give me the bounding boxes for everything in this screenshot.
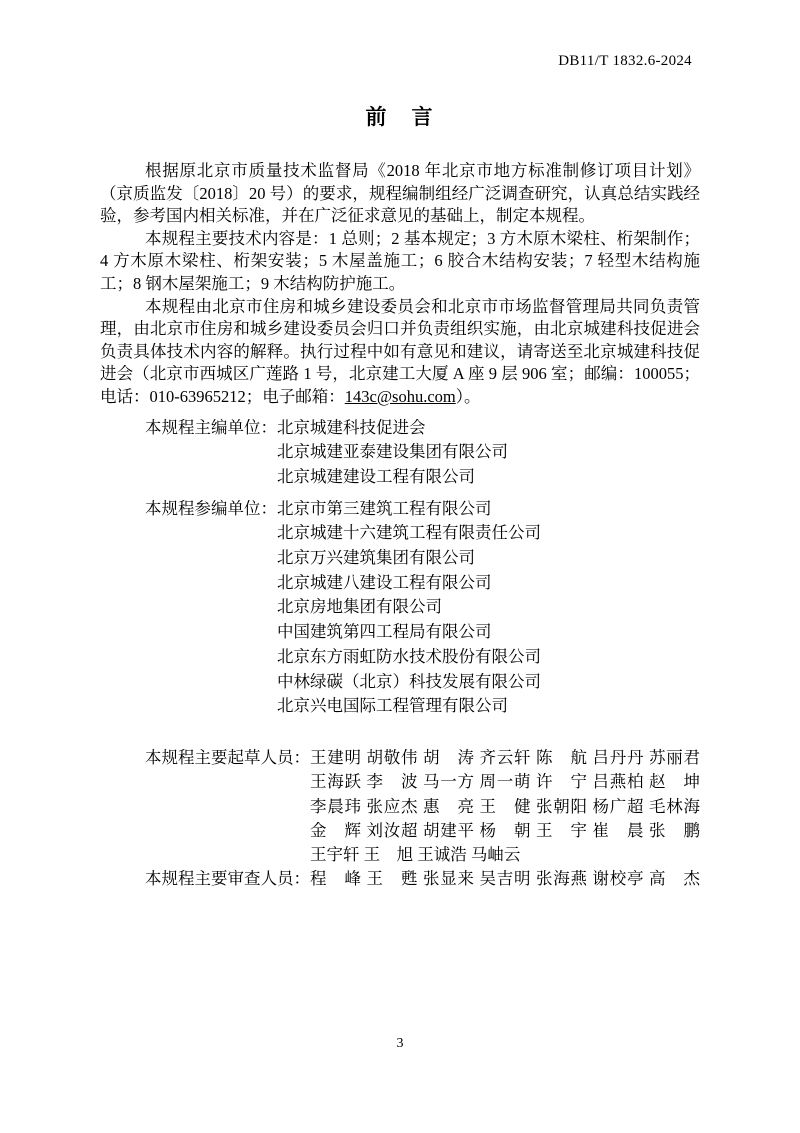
unit-item: 中国建筑第四工程局有限公司	[277, 620, 700, 645]
chief-editor-units-label: 本规程主编单位：	[145, 416, 277, 490]
page-number: 3	[0, 1036, 800, 1052]
reviewers-name-list: 程 峰 王 甦 张显来 吴吉明 张海燕 谢校亭 高 杰	[310, 867, 700, 891]
foreword-paragraph-management: 本规程由北京市住房和城乡建设委员会和北京市市场监督管理局共同负责管理，由北京市住…	[100, 296, 700, 409]
participant-units-label: 本规程参编单位：	[145, 497, 277, 719]
reviewers-section: 本规程主要审查人员： 程 峰 王 甦 张显来 吴吉明 张海燕 谢校亭 高 杰	[100, 867, 700, 891]
foreword-paragraph-basis: 根据原北京市质量技术监督局《2018 年北京市地方标准制修订项目计划》（京质监发…	[100, 160, 700, 228]
drafter-names-row: 王建明 胡敬伟 胡 涛 齐云轩 陈 航 吕丹丹 苏丽君	[310, 746, 700, 770]
unit-item: 北京万兴建筑集团有限公司	[277, 546, 700, 571]
unit-item: 中林绿碳（北京）科技发展有限公司	[277, 670, 700, 695]
unit-item: 北京城建科技促进会	[277, 416, 700, 441]
drafter-names-row: 王海跃 李 波 马一方 周一萌 许 宁 吕燕柏 赵 坤	[310, 770, 700, 794]
foreword-paragraph-contents: 本规程主要技术内容是：1 总则；2 基本规定；3 方木原木梁柱、桁架制作；4 方…	[100, 228, 700, 296]
reviewers-label: 本规程主要审查人员：	[145, 867, 310, 891]
page-title: 前 言	[0, 101, 800, 131]
unit-item: 北京市第三建筑工程有限公司	[277, 497, 700, 522]
drafter-names-row: 金 辉 刘汝超 胡建平 杨 朝 王 宇 崔 晨 张 鹏	[310, 819, 700, 843]
unit-item: 北京城建亚泰建设集团有限公司	[277, 440, 700, 465]
participant-units-section: 本规程参编单位： 北京市第三建筑工程有限公司 北京城建十六建筑工程有限责任公司 …	[100, 497, 700, 719]
chief-editor-units-list: 北京城建科技促进会 北京城建亚泰建设集团有限公司 北京城建建设工程有限公司	[277, 416, 700, 490]
participant-units-list: 北京市第三建筑工程有限公司 北京城建十六建筑工程有限责任公司 北京万兴建筑集团有…	[277, 497, 700, 719]
drafters-section: 本规程主要起草人员： 王建明 胡敬伟 胡 涛 齐云轩 陈 航 吕丹丹 苏丽君 王…	[100, 746, 700, 867]
unit-item: 北京城建八建设工程有限公司	[277, 571, 700, 596]
unit-item: 北京兴电国际工程管理有限公司	[277, 694, 700, 719]
document-code: DB11/T 1832.6-2024	[558, 53, 692, 70]
chief-editor-units-section: 本规程主编单位： 北京城建科技促进会 北京城建亚泰建设集团有限公司 北京城建建设…	[100, 416, 700, 490]
document-page: DB11/T 1832.6-2024 前 言 根据原北京市质量技术监督局《201…	[0, 0, 800, 1133]
drafter-names-row: 王宇轩 王 旭 王诚浩 马岫云	[310, 843, 700, 867]
drafters-name-list: 王建明 胡敬伟 胡 涛 齐云轩 陈 航 吕丹丹 苏丽君 王海跃 李 波 马一方 …	[310, 746, 700, 867]
reviewer-names-row: 程 峰 王 甦 张显来 吴吉明 张海燕 谢校亭 高 杰	[310, 867, 700, 891]
unit-item: 北京房地集团有限公司	[277, 595, 700, 620]
drafter-names-row: 李晨玮 张应杰 惠 亮 王 健 张朝阳 杨广超 毛林海	[310, 795, 700, 819]
unit-item: 北京城建建设工程有限公司	[277, 465, 700, 490]
drafters-label: 本规程主要起草人员：	[145, 746, 310, 867]
document-body: 根据原北京市质量技术监督局《2018 年北京市地方标准制修订项目计划》（京质监发…	[100, 160, 700, 892]
email-link[interactable]: 143c@sohu.com	[345, 387, 456, 406]
unit-item: 北京东方雨虹防水技术股份有限公司	[277, 645, 700, 670]
unit-item: 北京城建十六建筑工程有限责任公司	[277, 521, 700, 546]
management-text-after-email: ）。	[456, 387, 481, 406]
